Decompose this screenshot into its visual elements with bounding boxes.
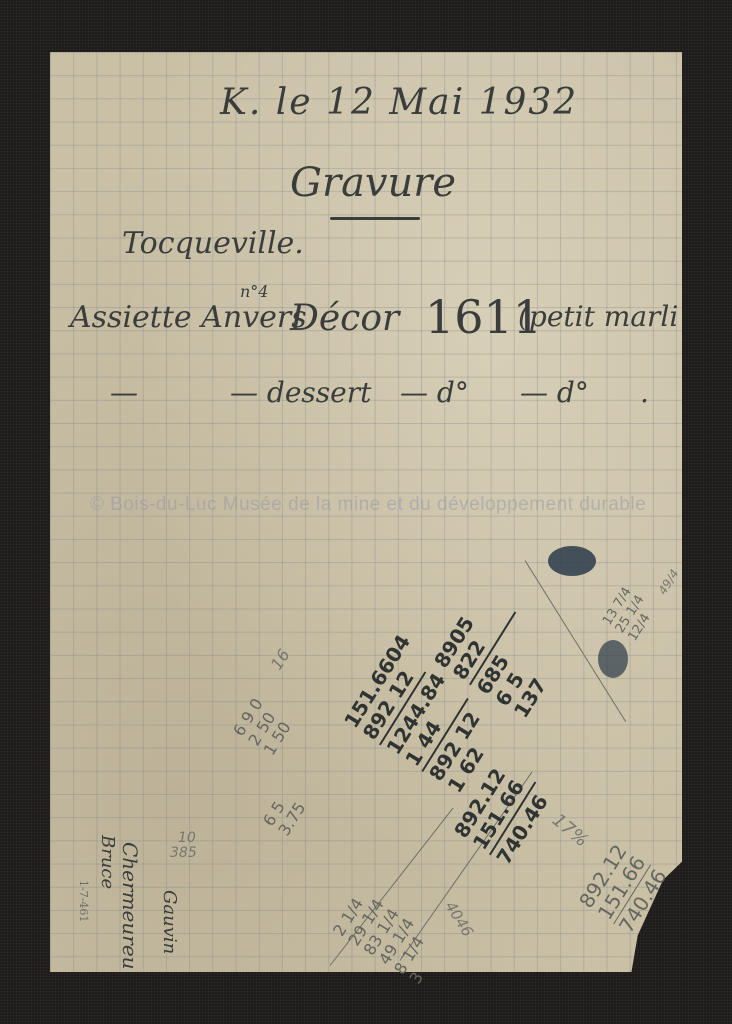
- pencil-number-10: 10: [178, 830, 196, 846]
- title-underline: [330, 217, 420, 220]
- signature-gauvin: Bruce: [97, 835, 118, 889]
- row2-note: .: [640, 376, 649, 409]
- copyright-watermark: © Bois-du-Luc Musée de la mine et du dév…: [52, 494, 684, 516]
- row2-decor: — d°: [400, 376, 469, 409]
- ink-stamp-mark: [548, 546, 596, 576]
- signature-chermeureu: Chermeureu: [118, 842, 142, 970]
- item-note: (petit marli: [518, 300, 678, 333]
- ink-stamp-mark: [598, 640, 628, 678]
- item-designation: Assiette Anvers: [70, 300, 307, 335]
- signature-bruce: Gauvin: [159, 890, 180, 954]
- pencil-reference: 1-7-461: [77, 880, 90, 922]
- row2-designation: — dessert: [230, 376, 371, 409]
- item-decor-label: Décor: [290, 298, 399, 339]
- document-title: Gravure: [290, 160, 456, 206]
- pencil-number-385: 385: [170, 845, 197, 861]
- place-date-heading: K. le 12 Mai 1932: [220, 82, 578, 123]
- item-number-superscript: n°4: [240, 282, 268, 301]
- row2-number: — d°: [520, 376, 589, 409]
- subject-line: Tocqueville.: [122, 226, 304, 261]
- row2-dash: —: [110, 376, 138, 409]
